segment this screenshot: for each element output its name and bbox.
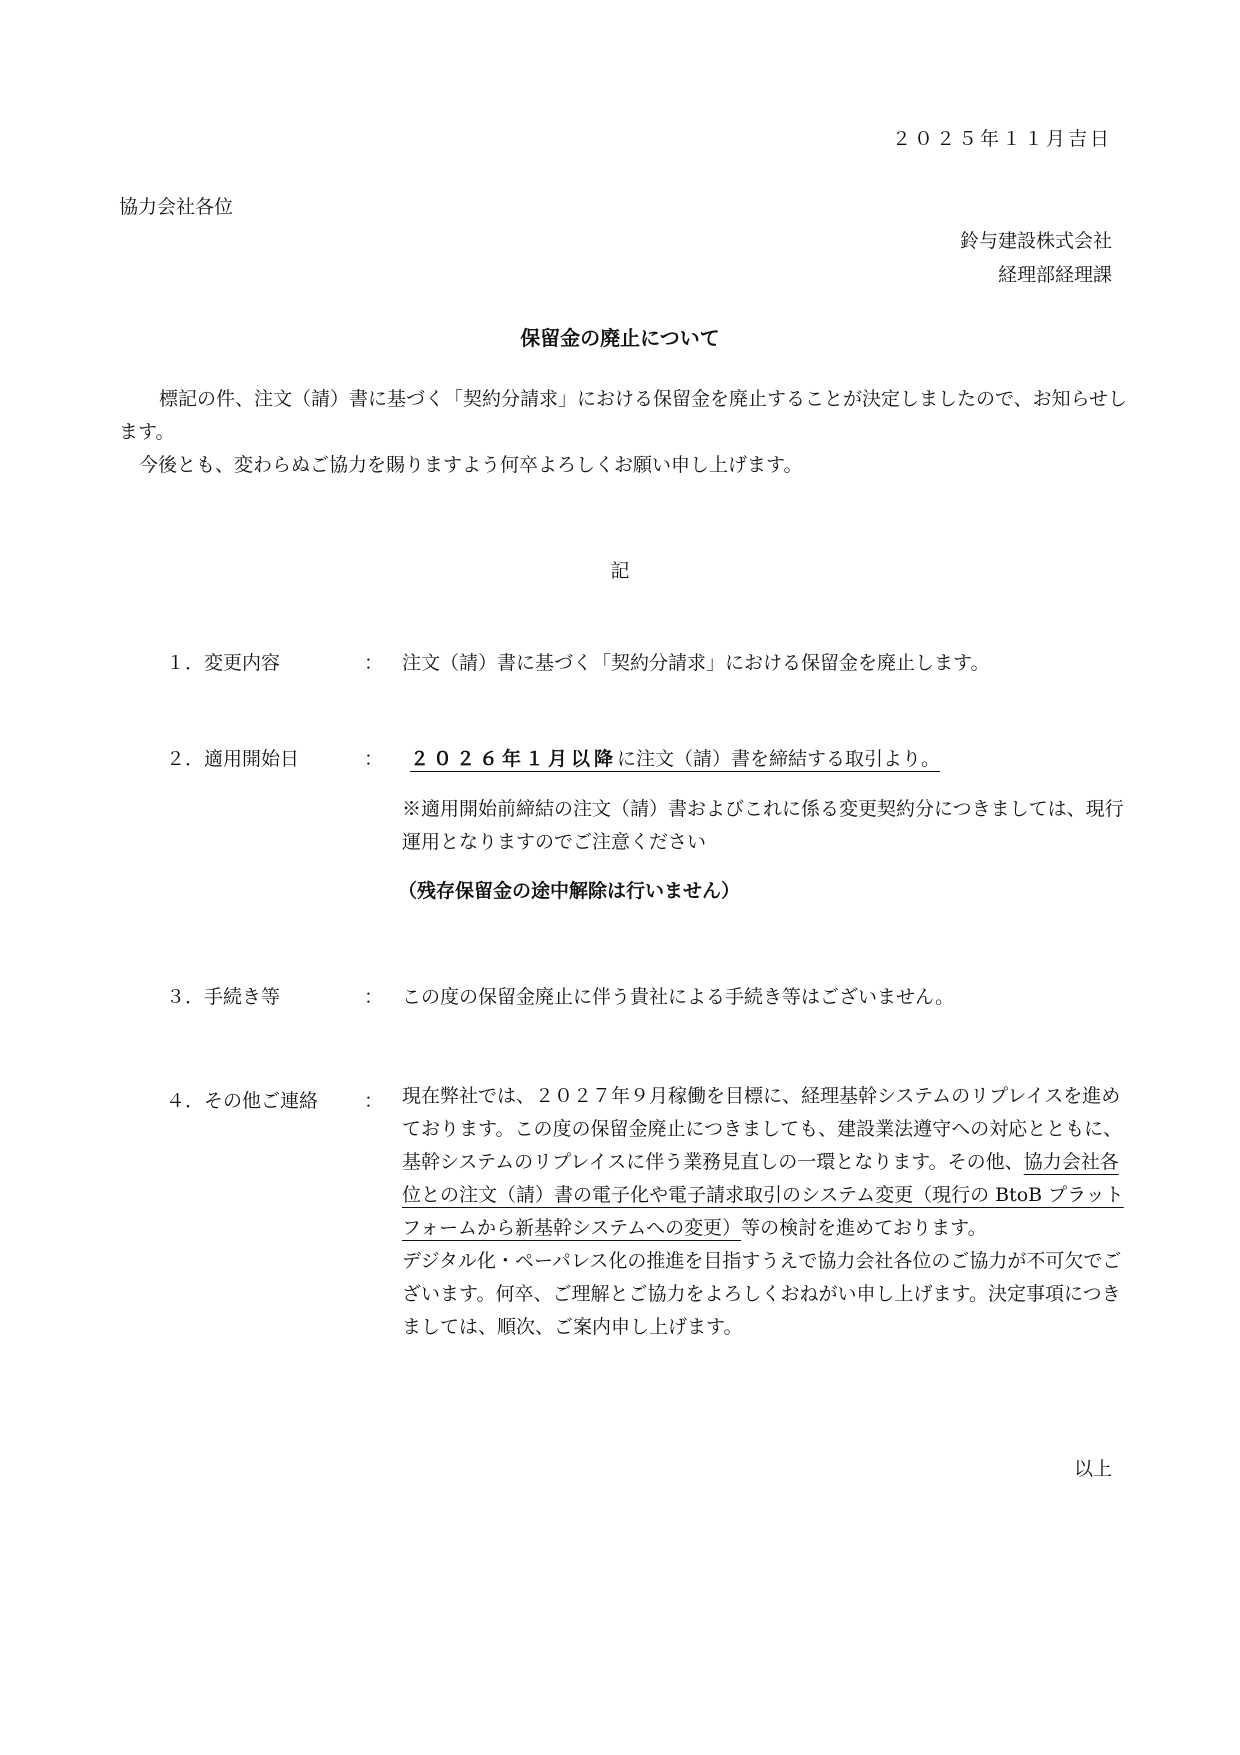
item-colon: ： — [364, 744, 383, 771]
item-number: ４． — [166, 1090, 204, 1112]
item-2-note-emphasis: （残存保留金の途中解除は行いません） — [398, 876, 740, 903]
item-label: 変更内容 — [204, 652, 280, 674]
issue-date: ２０２５年１１月吉日 — [892, 124, 1112, 151]
document-title: 保留金の廃止について — [0, 322, 1240, 351]
effective-date-emphasis: ２０２６年１月以降 — [410, 748, 617, 770]
addressee: 協力会社各位 — [119, 192, 233, 219]
item-colon: ： — [364, 1086, 383, 1113]
item-1-label: １．変更内容 — [166, 648, 280, 675]
item-number: ３． — [166, 986, 204, 1008]
sender-department: 経理部経理課 — [998, 260, 1112, 287]
intro-paragraph-1: 標記の件、注文（請）書に基づく「契約分請求」における保留金を廃止することが決定し… — [119, 383, 1129, 449]
item-label: 適用開始日 — [204, 748, 299, 770]
item-colon: ： — [364, 648, 383, 675]
item-4-body-part2: 等の検討を進めております。 — [741, 1217, 986, 1239]
item-2-note: ※適用開始前締結の注文（請）書およびこれに係る変更契約分につきましては、現行運用… — [402, 793, 1129, 859]
item-number: １． — [166, 652, 204, 674]
item-2-body-rest: に注文（請）書を締結する取引より。 — [617, 748, 940, 770]
item-colon: ： — [364, 982, 383, 1009]
item-2-label: ２．適用開始日 — [166, 744, 299, 771]
item-label: その他ご連絡 — [204, 1090, 318, 1112]
ki-heading: 記 — [0, 556, 1240, 583]
item-3-label: ３．手続き等 — [166, 982, 280, 1009]
item-3-body: この度の保留金廃止に伴う貴社による手続き等はございません。 — [402, 982, 954, 1009]
intro-paragraph-2: 今後とも、変わらぬご協力を賜りますよう何卒よろしくお願い申し上げます。 — [119, 449, 1129, 482]
item-4-body-paragraph-2: デジタル化・ペーパレス化の推進を目指すうえで協力会社各位のご協力が不可欠でござい… — [402, 1245, 1129, 1344]
item-label: 手続き等 — [204, 986, 280, 1008]
sender-company: 鈴与建設株式会社 — [960, 226, 1112, 253]
item-number: ２． — [166, 748, 204, 770]
item-4-body: 現在弊社では、２０２７年９月稼働を目標に、経理基幹システムのリプレイスを進めてお… — [402, 1080, 1129, 1344]
item-4-body-part1: 現在弊社では、２０２７年９月稼働を目標に、経理基幹システムのリプレイスを進めてお… — [402, 1085, 1122, 1173]
item-2-body: ２０２６年１月以降に注文（請）書を締結する取引より。 — [402, 744, 948, 771]
closing-mark: 以上 — [1074, 1454, 1112, 1481]
item-4-label: ４．その他ご連絡 — [166, 1086, 318, 1113]
item-1-body: 注文（請）書に基づく「契約分請求」における保留金を廃止します。 — [402, 648, 989, 675]
